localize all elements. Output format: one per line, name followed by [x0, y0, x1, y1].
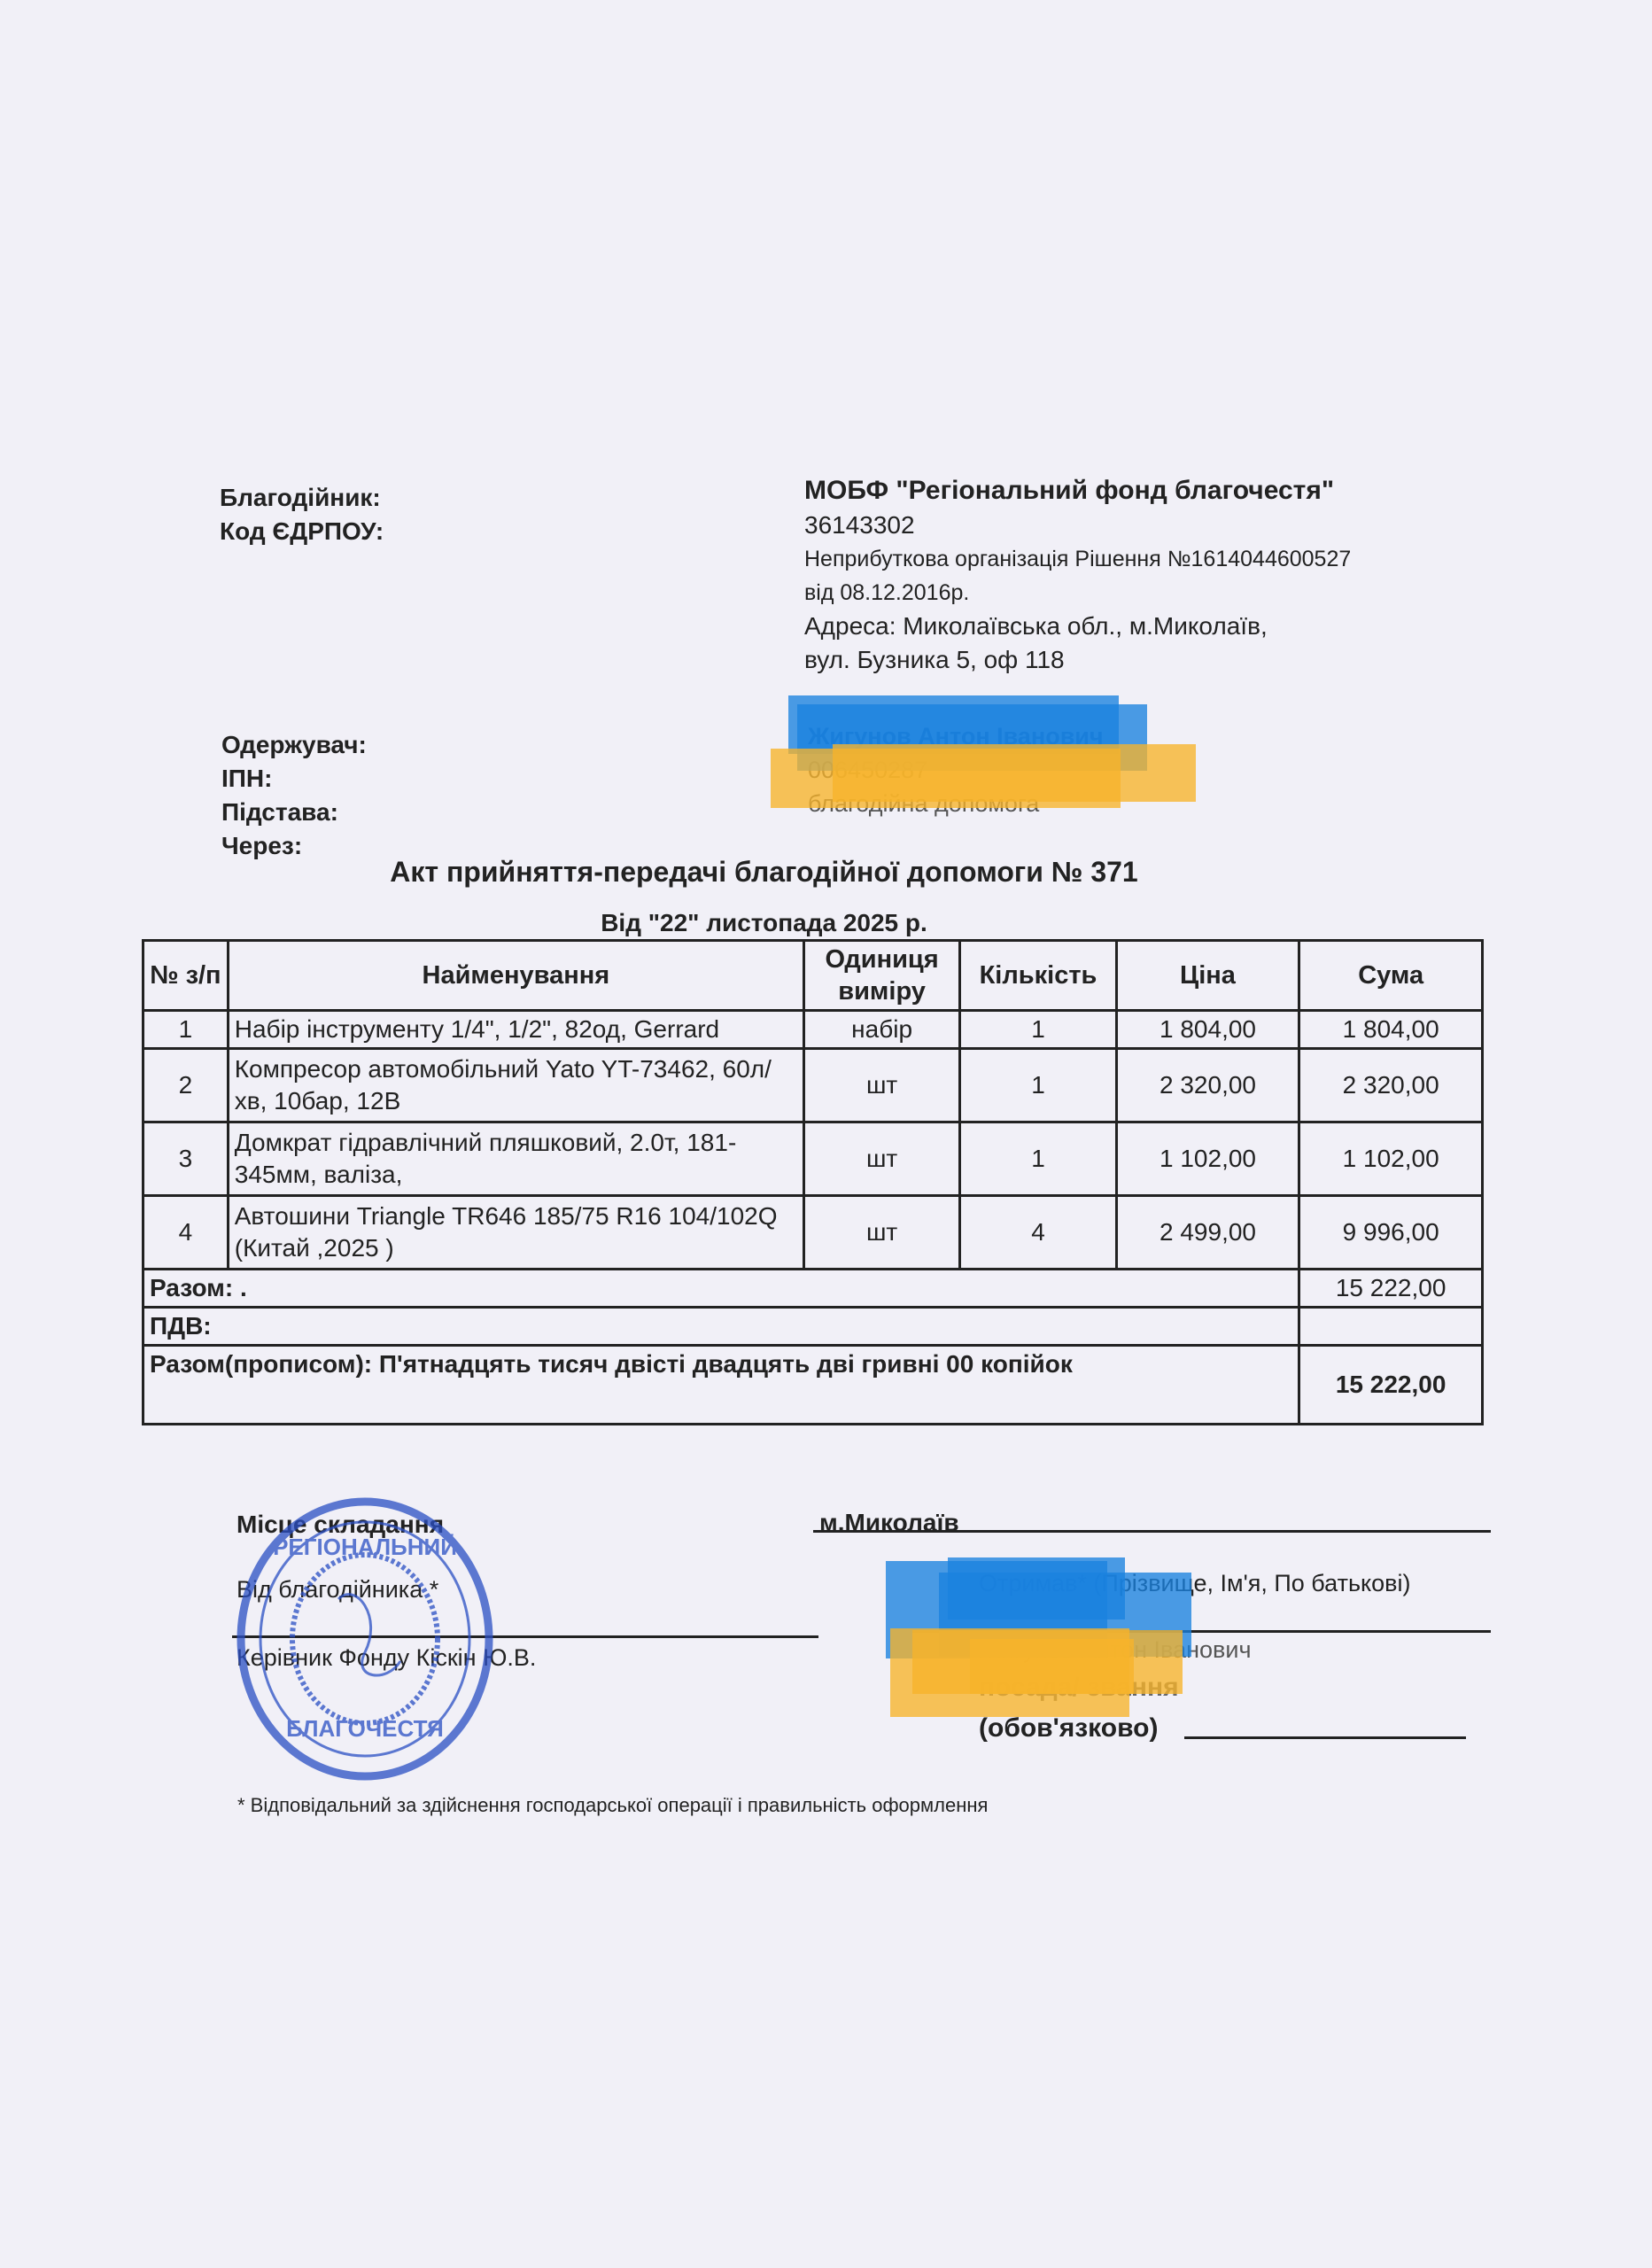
row-name: Набір інструменту 1/4", 1/2", 82од, Gerr…: [228, 1011, 803, 1049]
row-num: 2: [143, 1049, 229, 1122]
recipient-label: Одержувач:: [221, 728, 367, 762]
header-num: № з/п: [143, 941, 229, 1011]
total-row: Разом: . 15 222,00: [143, 1270, 1483, 1308]
header-unit: Одиниця виміру: [803, 941, 959, 1011]
donor-registration-date: від 08.12.2016р.: [804, 576, 1351, 610]
donor-label: Благодійник:: [220, 481, 384, 515]
row-name: Автошини Triangle TR646 185/75 R16 104/1…: [228, 1196, 803, 1270]
redaction-mark: [833, 744, 1196, 802]
row-unit: набір: [803, 1011, 959, 1049]
table-header-row: № з/п Найменування Одиниця виміру Кількі…: [143, 941, 1483, 1011]
row-unit: шт: [803, 1049, 959, 1122]
header-sum: Сума: [1299, 941, 1483, 1011]
mandatory-underline: [1184, 1736, 1466, 1739]
table-row: 2 Компресор автомобільний Yato YT-73462,…: [143, 1049, 1483, 1122]
donor-name: МОБФ "Регіональний фонд благочестя": [804, 473, 1351, 509]
place-value: м.Миколаїв: [819, 1506, 959, 1540]
total-words-label: Разом(прописом): П'ятнадцять тисяч двіст…: [143, 1346, 1299, 1425]
total-words-value: 15 222,00: [1299, 1346, 1483, 1425]
total-words-row: Разом(прописом): П'ятнадцять тисяч двіст…: [143, 1346, 1483, 1425]
row-sum: 9 996,00: [1299, 1196, 1483, 1270]
table-row: 1 Набір інструменту 1/4", 1/2", 82од, Ge…: [143, 1011, 1483, 1049]
vat-label: ПДВ:: [143, 1308, 1299, 1346]
svg-text:РЕГІОНАЛЬНИЙ: РЕГІОНАЛЬНИЙ: [273, 1534, 457, 1560]
recipient-labels: Одержувач: ІПН: Підстава: Через:: [221, 728, 367, 863]
row-num: 4: [143, 1196, 229, 1270]
svg-text:БЛАГОЧЕСТЯ: БЛАГОЧЕСТЯ: [286, 1715, 444, 1742]
row-sum: 1 102,00: [1299, 1122, 1483, 1196]
edrpou-label: Код ЄДРПОУ:: [220, 515, 384, 548]
row-unit: шт: [803, 1196, 959, 1270]
row-name: Домкрат гідравлічний пляшковий, 2.0т, 18…: [228, 1122, 803, 1196]
footnote: * Відповідальний за здійснення господарс…: [237, 1794, 988, 1817]
document-title: Акт прийняття-передачі благодійної допом…: [0, 856, 1528, 889]
donor-address-line1: Адреса: Миколаївська обл., м.Миколаїв,: [804, 610, 1351, 643]
total-label: Разом: .: [143, 1270, 1299, 1308]
vat-row: ПДВ:: [143, 1308, 1483, 1346]
table-row: 3 Домкрат гідравлічний пляшковий, 2.0т, …: [143, 1122, 1483, 1196]
donor-labels: Благодійник: Код ЄДРПОУ:: [220, 481, 384, 548]
donor-registration: Неприбуткова організація Рішення №161404…: [804, 542, 1351, 576]
document-date: Від "22" листопада 2025 р.: [0, 909, 1528, 937]
row-sum: 1 804,00: [1299, 1011, 1483, 1049]
donor-address-line2: вул. Бузника 5, оф 118: [804, 643, 1351, 677]
header-price: Ціна: [1116, 941, 1299, 1011]
items-table: № з/п Найменування Одиниця виміру Кількі…: [142, 939, 1484, 1425]
place-underline: [813, 1530, 1491, 1533]
stamp-icon: РЕГІОНАЛЬНИЙ БЛАГОЧЕСТЯ: [232, 1493, 498, 1785]
header-name: Найменування: [228, 941, 803, 1011]
row-qty: 1: [960, 1049, 1116, 1122]
row-sum: 2 320,00: [1299, 1049, 1483, 1122]
row-price: 2 499,00: [1116, 1196, 1299, 1270]
row-price: 1 102,00: [1116, 1122, 1299, 1196]
donor-code: 36143302: [804, 509, 1351, 542]
row-unit: шт: [803, 1122, 959, 1196]
row-qty: 4: [960, 1196, 1116, 1270]
basis-label: Підстава:: [221, 796, 367, 829]
redaction-mark: [970, 1639, 1134, 1694]
row-num: 1: [143, 1011, 229, 1049]
ipn-label: ІПН:: [221, 762, 367, 796]
table-row: 4 Автошини Triangle TR646 185/75 R16 104…: [143, 1196, 1483, 1270]
header-qty: Кількість: [960, 941, 1116, 1011]
row-name: Компресор автомобільний Yato YT-73462, 6…: [228, 1049, 803, 1122]
row-qty: 1: [960, 1122, 1116, 1196]
row-qty: 1: [960, 1011, 1116, 1049]
donor-values: МОБФ "Регіональний фонд благочестя" 3614…: [804, 473, 1351, 677]
row-price: 2 320,00: [1116, 1049, 1299, 1122]
row-price: 1 804,00: [1116, 1011, 1299, 1049]
total-value: 15 222,00: [1299, 1270, 1483, 1308]
vat-value: [1299, 1308, 1483, 1346]
row-num: 3: [143, 1122, 229, 1196]
